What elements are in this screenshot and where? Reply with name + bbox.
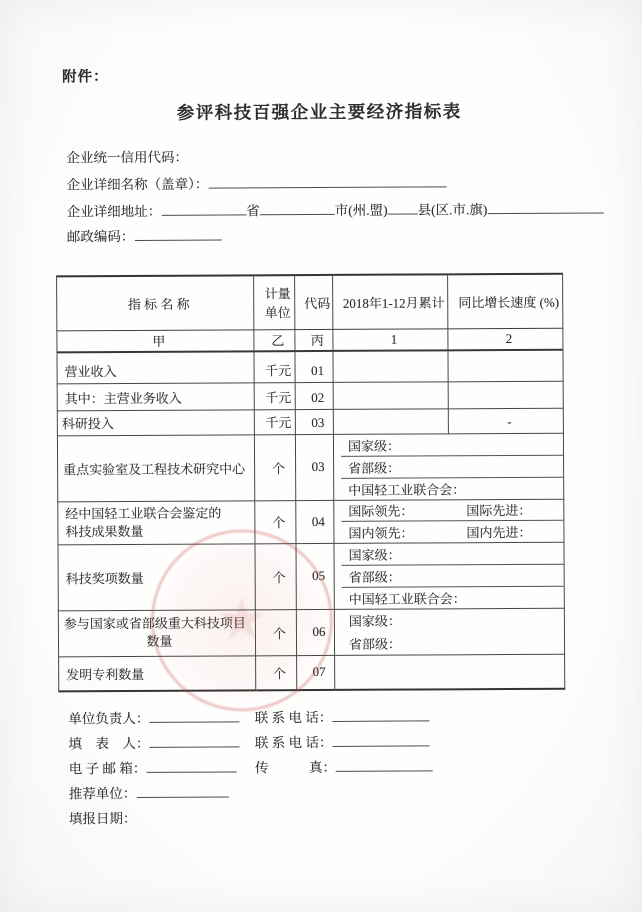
attachment-label: 附件：: [62, 65, 109, 86]
postal-code-label: 邮政编码：: [67, 229, 135, 244]
indicators-table: 指 标 名 称 计量 单位 代码 2018年1-12月累计 同比增长速度 (%)…: [56, 273, 565, 693]
cumulative-value-cell: [333, 381, 448, 409]
row-name: 发明专利数量: [59, 655, 256, 691]
table-row-major-projects: 参与国家或省部级重大科技项目 数量 个 06 国家级： 省部级：: [58, 608, 564, 657]
contact-phone-1-blank: [332, 706, 429, 722]
row-name: 科研投入: [57, 409, 254, 435]
table-row-revenue: 营业收入 千元 01: [57, 350, 563, 384]
form-filler-blank: [149, 732, 239, 747]
address-blank-detail: [487, 199, 553, 214]
sub-row-provincial: 省部级：: [342, 564, 564, 587]
credit-code-label: 企业统一信用代码：: [66, 150, 188, 166]
row-code: 06: [296, 609, 334, 655]
address-blank-county: [388, 199, 418, 214]
sub-intl-leading: 国际领先：: [348, 500, 466, 520]
sub-row-clii: 中国轻工业联合会：: [342, 586, 564, 608]
row-name: 重点实验室及工程技术研究中心: [57, 434, 254, 501]
growth-value-cell: [448, 381, 563, 409]
row-code: 03: [295, 434, 333, 500]
row-code: 02: [295, 382, 333, 409]
scanned-document-page: 附件： 参评科技百强企业主要经济指标表 企业统一信用代码： 企业详细名称（盖章）…: [0, 0, 642, 912]
address-city-label: 市(州.盟): [335, 203, 388, 218]
row-unit: 千元: [254, 351, 295, 382]
footer-contact-block: 单位负责人： 联 系 电 话： 填 表 人： 联 系 电 话： 电 子 邮 箱：…: [68, 704, 433, 831]
row-code: 07: [297, 655, 335, 690]
table-row-main-business-revenue: 其中：主营业务收入 千元 02: [57, 381, 563, 411]
growth-dash-cell: -: [448, 408, 563, 434]
row-unit: 个: [256, 655, 297, 690]
row-name: 科技奖项数量: [58, 543, 255, 610]
sub-intl-advanced: 国际先进：: [466, 500, 531, 519]
form-filler-label: 填 表 人：: [68, 736, 149, 751]
sub-row-provincial: 省部级：: [342, 631, 564, 655]
sub-row-national: 国家级：: [342, 608, 564, 632]
sub-rows-cell: 国家级： 省部级： 中国轻工业联合会：: [334, 542, 564, 609]
col-header-cumulative: 2018年1-12月累计: [333, 274, 448, 329]
email-blank: [146, 757, 236, 772]
sub-rows-cell: 国际领先： 国际先进： 国内领先： 国内先进：: [334, 499, 564, 543]
address-county-label: 县(区.市.旗): [418, 202, 488, 217]
subheader-2: 2: [448, 328, 563, 351]
sub-row-national: 国家级：: [341, 433, 563, 456]
row-name: 参与国家或省部级重大科技项目 数量: [58, 609, 255, 656]
row-unit: 千元: [254, 409, 295, 434]
sub-row-clii: 中国轻工业联合会：: [341, 477, 563, 499]
contact-phone-2-blank: [332, 731, 429, 747]
email-label: 电 子 邮 箱：: [69, 761, 147, 776]
col-header-unit-line1: 计量: [261, 283, 294, 302]
form-header-block: 企业统一信用代码： 企业详细名称（盖章）： 企业详细地址：省市(州.盟)县(区.…: [66, 142, 603, 250]
address-blank-province: [161, 200, 246, 215]
sub-row-provincial: 省部级：: [341, 455, 563, 478]
cumulative-value-cell: [333, 408, 448, 434]
table-header-row: 指 标 名 称 计量 单位 代码 2018年1-12月累计 同比增长速度 (%): [57, 274, 563, 331]
col-header-code: 代码: [295, 275, 333, 329]
empty-value-cell: [335, 654, 565, 690]
recommender-blank: [136, 782, 228, 797]
row-name-line2: 科技成果数量: [65, 522, 254, 541]
table-row-appraised-achievements: 经中国轻工业联合会鉴定的 科技成果数量 个 04 国际领先： 国际先进： 国内领…: [58, 499, 564, 545]
col-header-growth: 同比增长速度 (%): [448, 274, 563, 329]
sub-domestic-leading: 国内领先：: [348, 522, 466, 542]
row-code: 01: [295, 351, 333, 382]
sub-rows-cell: 国家级： 省部级： 中国轻工业联合会：: [333, 433, 563, 500]
row-code: 05: [296, 543, 334, 609]
recommender-label: 推荐单位：: [69, 786, 137, 801]
col-header-unit-line2: 单位: [261, 302, 294, 321]
address-province-label: 省: [246, 203, 260, 218]
col-header-unit: 计量 单位: [254, 275, 295, 329]
address-label: 企业详细地址：: [67, 204, 162, 219]
row-unit: 个: [255, 609, 296, 655]
row-unit: 个: [255, 500, 296, 543]
table-subheader-row: 甲 乙 丙 1 2: [57, 328, 563, 353]
table-row-invention-patents: 发明专利数量 个 07: [59, 654, 565, 692]
sub-row-national: 国家级：: [341, 542, 563, 565]
cumulative-value-cell: [333, 350, 448, 382]
row-name-line2: 数量: [64, 632, 255, 651]
page-title: 参评科技百强企业主要经济指标表: [0, 97, 640, 125]
row-code: 04: [296, 500, 334, 543]
fax-blank: [336, 756, 433, 772]
company-name-blank: [208, 172, 446, 188]
contact-phone-1-label: 联 系 电 话：: [255, 710, 333, 725]
row-unit: 个: [254, 434, 295, 500]
row-name-line1: 经中国轻工业联合会鉴定的: [65, 504, 254, 523]
sub-domestic-advanced: 国内先进：: [466, 522, 531, 541]
address-blank-city: [260, 200, 335, 215]
company-name-label: 企业详细名称（盖章）：: [67, 177, 209, 193]
row-code: 03: [295, 409, 333, 434]
row-name-line1: 参与国家或省部级重大科技项目: [64, 614, 255, 633]
subheader-bing: 丙: [295, 329, 333, 351]
row-name: 其中：主营业务收入: [57, 382, 254, 410]
subheader-jia: 甲: [57, 329, 254, 352]
postal-code-blank: [134, 226, 221, 241]
sub-rows-cell: 国家级： 省部级：: [334, 608, 564, 655]
growth-value-cell: [448, 350, 563, 382]
address-blank-detail-2: [553, 199, 603, 214]
row-name: 经中国轻工业联合会鉴定的 科技成果数量: [58, 500, 255, 544]
subheader-1: 1: [333, 328, 448, 351]
row-unit: 个: [255, 543, 296, 609]
row-name: 营业收入: [57, 351, 254, 383]
subheader-yi: 乙: [254, 329, 295, 351]
col-header-indicator: 指 标 名 称: [57, 275, 254, 330]
fax-label: 传 真：: [255, 760, 336, 775]
unit-head-blank: [149, 707, 239, 722]
table-row-tech-awards: 科技奖项数量 个 05 国家级： 省部级： 中国轻工业联合会：: [58, 542, 564, 611]
table-row-key-labs: 重点实验室及工程技术研究中心 个 03 国家级： 省部级： 中国轻工业联合会：: [57, 433, 563, 502]
paper-sheet: 附件： 参评科技百强企业主要经济指标表 企业统一信用代码： 企业详细名称（盖章）…: [0, 0, 642, 912]
contact-phone-2-label: 联 系 电 话：: [255, 735, 333, 750]
table-row-rnd-investment: 科研投入 千元 03 -: [57, 408, 563, 436]
fill-date-label: 填报日期：: [69, 811, 137, 826]
row-unit: 千元: [254, 382, 295, 409]
unit-head-label: 单位负责人：: [68, 711, 149, 726]
